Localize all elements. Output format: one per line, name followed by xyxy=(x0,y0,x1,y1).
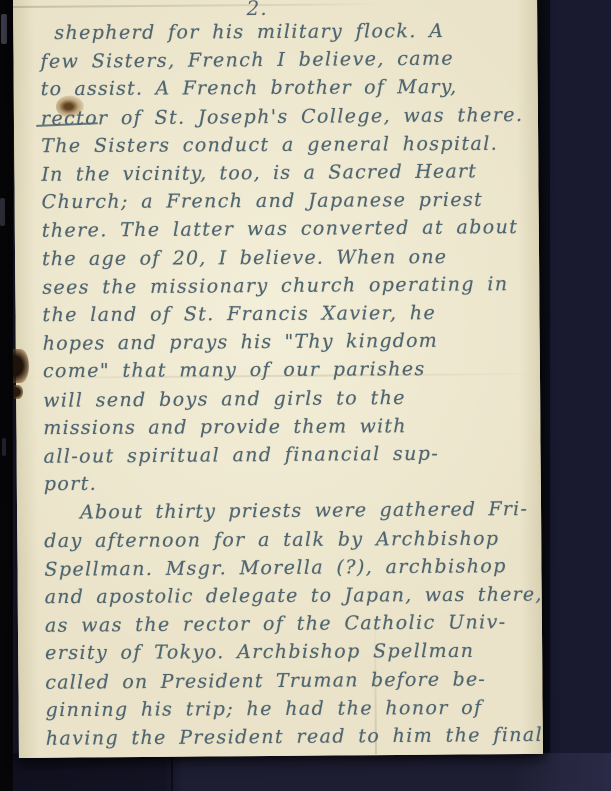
scan-artifact xyxy=(2,438,6,456)
handwritten-line: come" that many of our parishes xyxy=(43,355,536,386)
handwritten-line: as was the rector of the Catholic Univ- xyxy=(45,608,538,640)
scan-seam xyxy=(171,755,173,791)
handwritten-line: called on President Truman before be- xyxy=(45,665,538,697)
handwritten-line: will send boys and girls to the xyxy=(43,383,536,415)
handwritten-line: Church; a French and Japanese priest xyxy=(42,186,535,217)
scan-edge-strip xyxy=(0,0,13,791)
handwritten-line: all-out spiritual and financial sup- xyxy=(44,439,537,471)
handwritten-line: shepherd for his military flock. A xyxy=(54,17,533,48)
scanned-letter-scan: 2. shepherd for his military flock. A fe… xyxy=(0,0,611,791)
letter-paper: 2. shepherd for his military flock. A fe… xyxy=(13,0,543,758)
scan-background-bottom xyxy=(0,753,611,791)
handwritten-line: the land of St. Francis Xavier, he xyxy=(42,299,535,330)
handwritten-line: rector of St. Joseph's College, was ther… xyxy=(41,101,534,133)
handwritten-line: ginning his trip; he had the honor of xyxy=(46,693,539,724)
handwritten-line: port. xyxy=(44,468,537,499)
handwritten-line: ersity of Tokyo. Archbishop Spellman xyxy=(45,637,538,668)
scan-artifact xyxy=(0,198,5,226)
handwritten-line: there. The latter was converted at about xyxy=(42,213,535,245)
handwritten-line: few Sisters, French I believe, came xyxy=(40,44,533,76)
handwritten-line: In the vicinity, too, is a Sacred Heart xyxy=(41,157,534,189)
handwritten-line: and apostolic delegate to Japan, was the… xyxy=(45,581,538,612)
scan-artifact xyxy=(1,14,7,44)
handwritten-line: About thirty priests were gathered Fri- xyxy=(80,495,537,527)
handwritten-line: missions and provide them with xyxy=(43,411,536,442)
letter-body: shepherd for his military flock. A few S… xyxy=(13,16,543,753)
handwritten-line: having the President read to him the fin… xyxy=(46,721,539,753)
handwritten-line: day afternoon for a talk by Archbishop xyxy=(44,524,537,555)
handwritten-line: Spellman. Msgr. Morella (?), archbishop xyxy=(44,552,537,584)
handwritten-line: The Sisters conduct a general hospital. xyxy=(41,129,534,160)
handwritten-line: sees the missionary church operating in xyxy=(42,270,535,302)
handwritten-line: hopes and prays his "Thy kingdom xyxy=(43,326,536,358)
handwritten-line: the age of 20, I believe. When one xyxy=(42,242,535,273)
handwritten-line: to assist. A French brother of Mary, xyxy=(41,73,534,104)
